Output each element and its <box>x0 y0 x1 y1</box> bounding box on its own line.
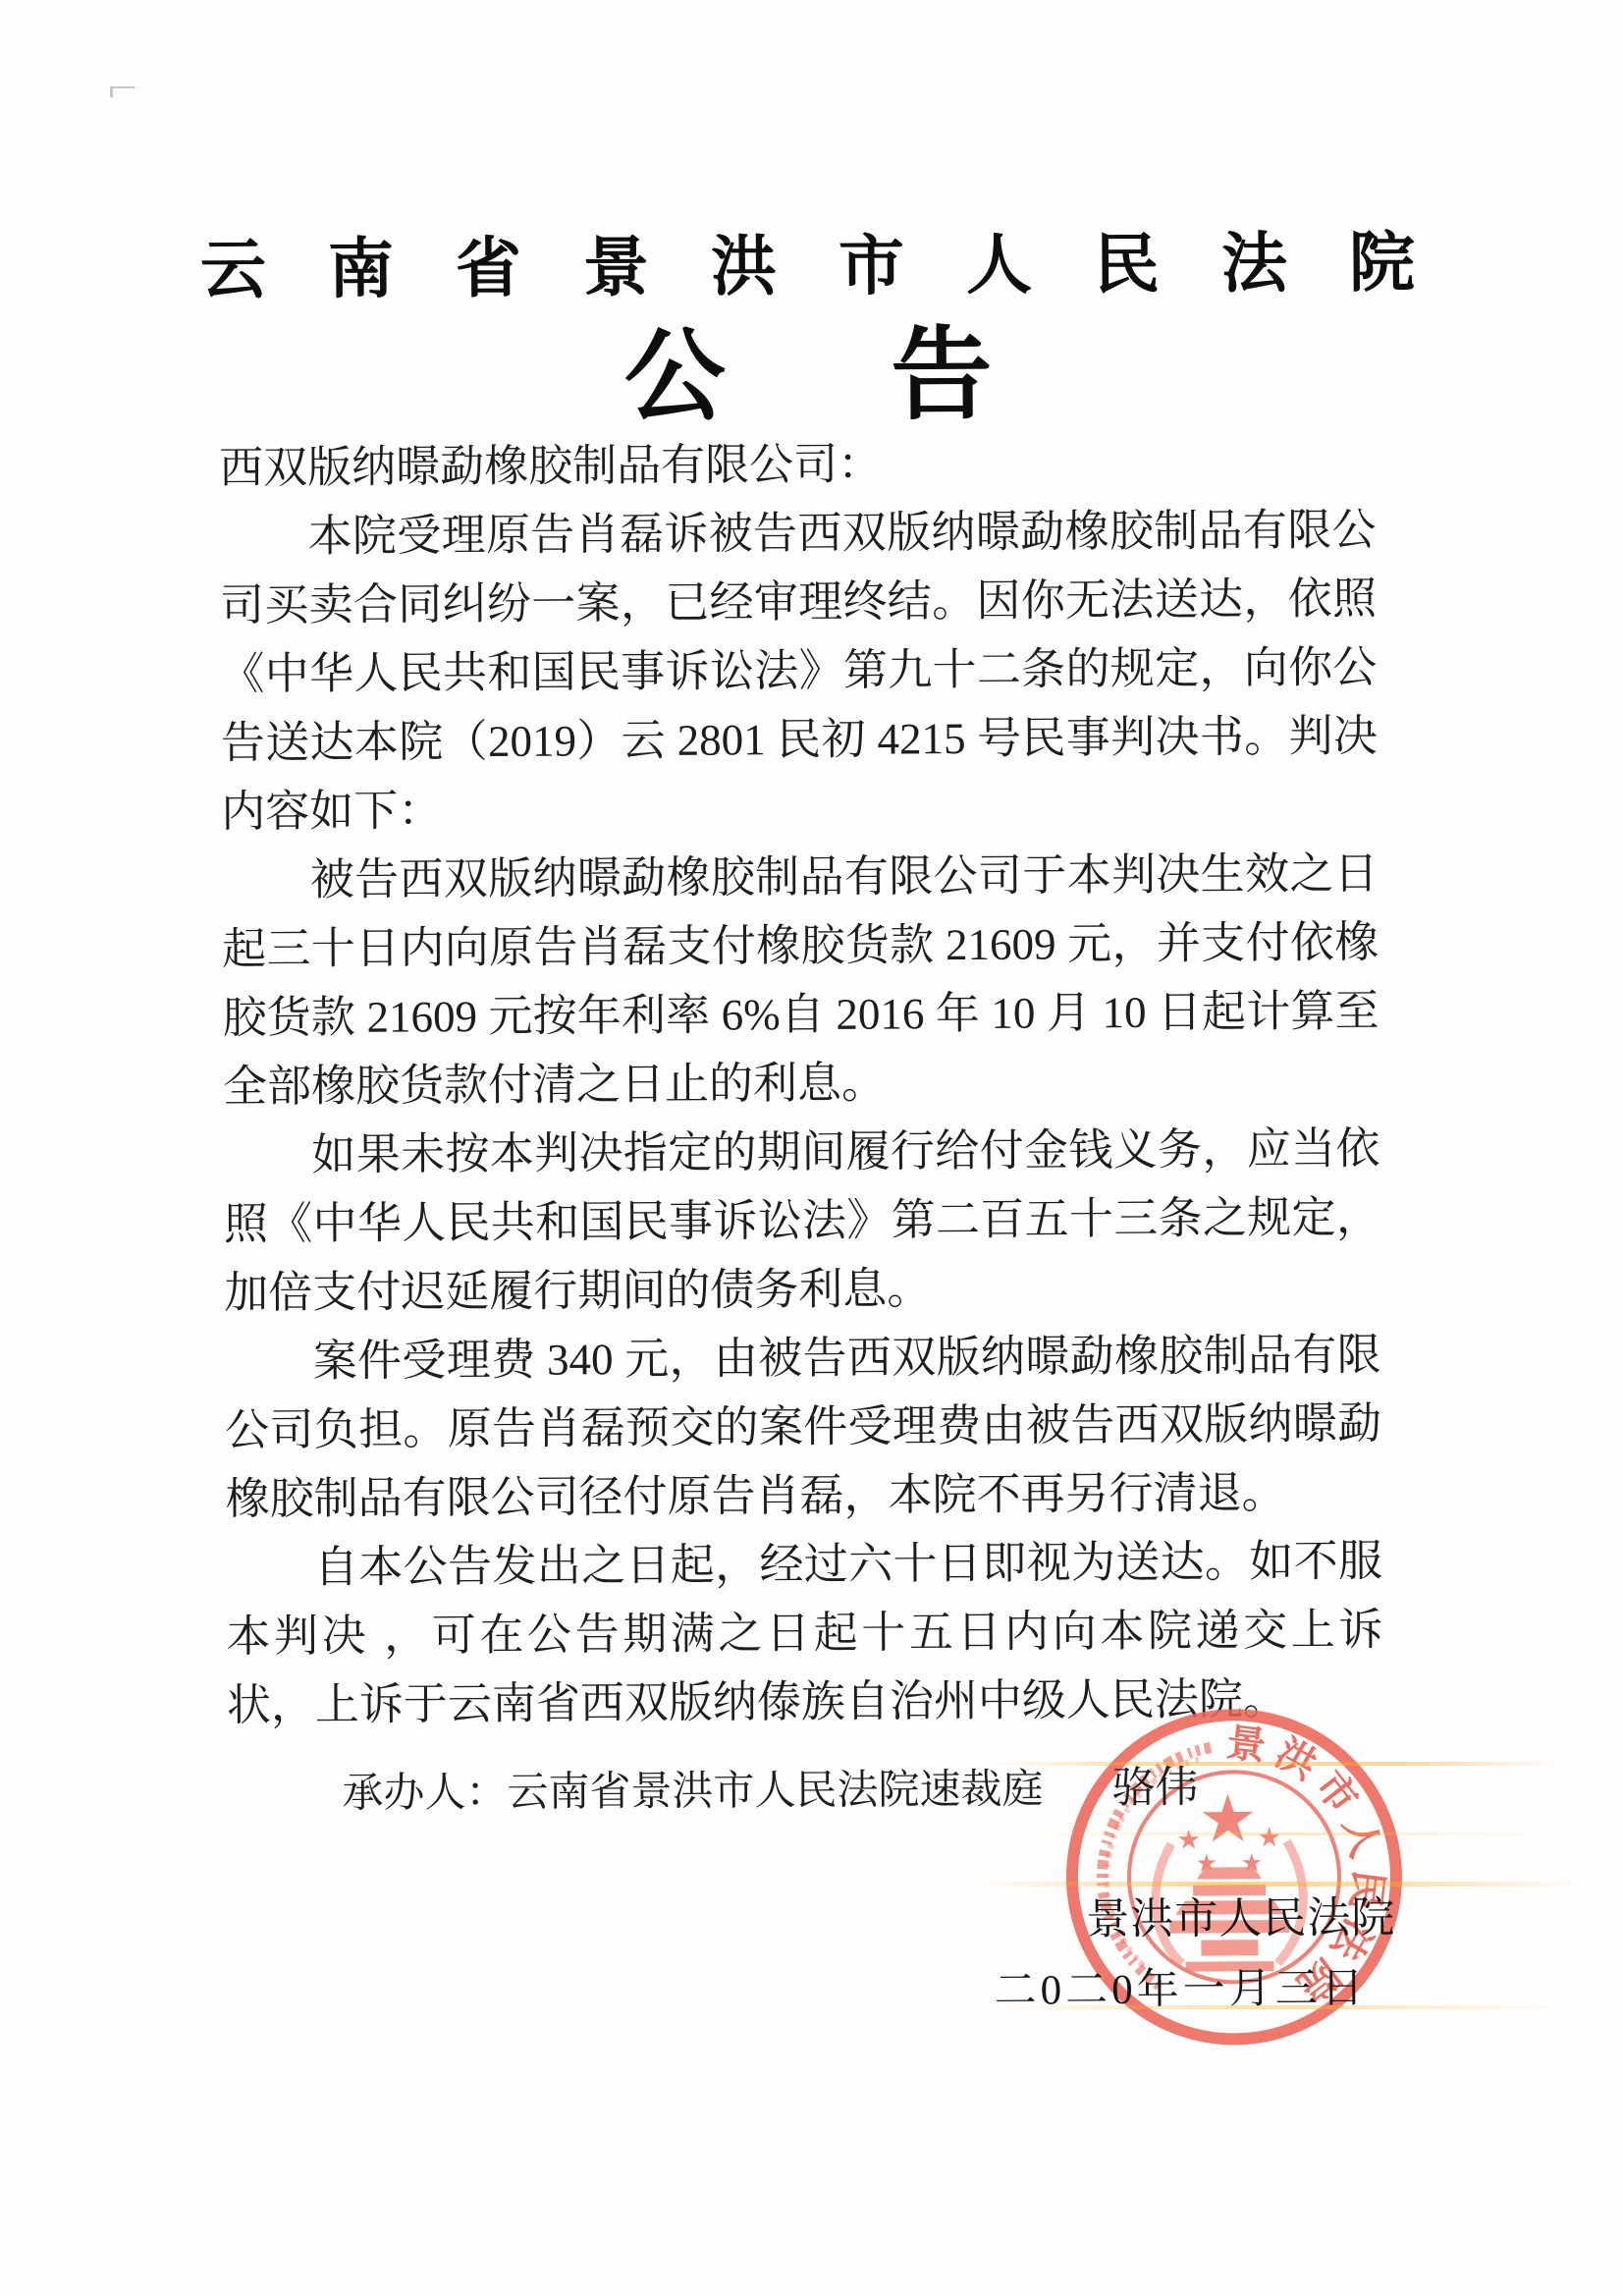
undertaker-line: 承办人：云南省景洪市人民法院速裁庭骆伟 <box>342 1752 1198 1820</box>
recipient-line: 西双版纳暻勐橡胶制品有限公司： <box>219 426 1376 502</box>
doc-type-heading: 公 告 <box>0 290 1620 445</box>
body-paragraph: 本院受理原告肖磊诉被告西双版纳暻勐橡胶制品有限公司买卖合同纠纷一案，已经审理终结… <box>219 495 1378 846</box>
undertaker-court: 云南省景洪市人民法院速裁庭 <box>507 1768 1043 1816</box>
body-paragraph: 如果未按本判决指定的期间履行给付金钱义务，应当依照《中华人民共和国民事诉讼法》第… <box>223 1114 1380 1327</box>
scanned-court-announcement: 云南省景洪市人民法院 公 告 西双版纳暻勐橡胶制品有限公司： 本院受理原告肖磊诉… <box>0 0 1623 2296</box>
document-content: 云南省景洪市人民法院 公 告 西双版纳暻勐橡胶制品有限公司： 本院受理原告肖磊诉… <box>0 0 1623 2296</box>
body-paragraph: 被告西双版纳暻勐橡胶制品有限公司于本判决生效之日起三十日内向原告肖磊支付橡胶货款… <box>222 839 1380 1121</box>
signature-date: 二0二0年一月三日 <box>994 1955 1367 2017</box>
scan-corner-artifact <box>110 86 135 97</box>
undertaker-label: 承办人： <box>342 1771 507 1817</box>
undertaker-name: 骆伟 <box>1111 1764 1198 1813</box>
announcement-body: 西双版纳暻勐橡胶制品有限公司： 本院受理原告肖磊诉被告西双版纳暻勐橡胶制品有限公… <box>219 426 1383 1739</box>
body-paragraph: 案件受理费 340 元，由被告西双版纳暻勐橡胶制品有限公司负担。原告肖磊预交的案… <box>225 1320 1382 1533</box>
signature-court-name: 景洪市人民法院 <box>1086 1882 1395 1946</box>
